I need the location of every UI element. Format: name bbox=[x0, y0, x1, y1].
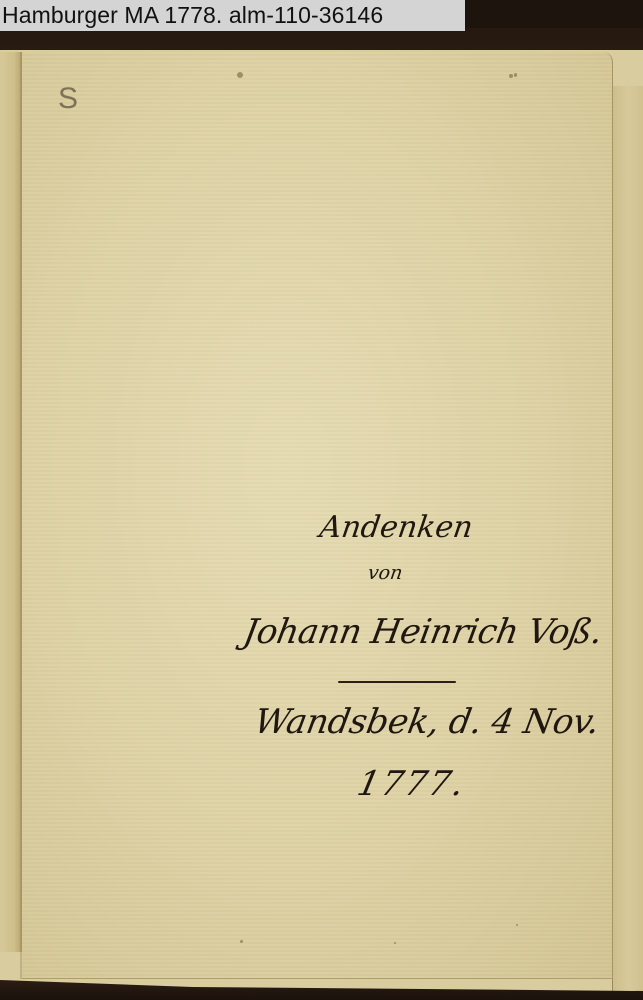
inscription-divider bbox=[338, 681, 456, 683]
left-binding-edge bbox=[0, 52, 24, 952]
inscription-line-year: 1777. bbox=[354, 764, 470, 804]
scanned-page-image: S Andenken von Johann Heinrich Voß. Wand… bbox=[0, 0, 643, 1000]
paper-page bbox=[22, 52, 613, 979]
foxing-spot bbox=[237, 72, 243, 78]
inscription-line-author: Johann Heinrich Voß. bbox=[240, 612, 605, 652]
foxing-spot bbox=[240, 940, 243, 943]
library-stamp-letter: S bbox=[58, 84, 78, 114]
inscription-line-andenken: Andenken bbox=[318, 510, 475, 545]
foxing-spot bbox=[509, 74, 513, 78]
foxing-spot bbox=[514, 73, 517, 77]
foxing-spot bbox=[394, 942, 396, 944]
image-caption: Hamburger MA 1778. alm-110-36146 bbox=[0, 0, 465, 31]
right-leaf-edge bbox=[612, 86, 643, 1000]
foxing-spot bbox=[516, 924, 518, 926]
inscription-line-von: von bbox=[366, 562, 404, 584]
inscription-line-place-date: Wandsbek, d. 4 Nov. bbox=[251, 702, 602, 742]
